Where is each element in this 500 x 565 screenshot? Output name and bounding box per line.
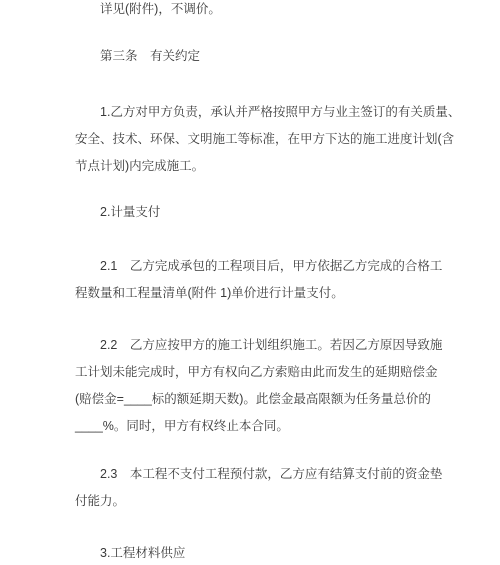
clause-1-line: 1.乙方对甲方负责，承认并严格按照甲方与业主签订的有关质量、 [100,104,460,121]
article-3-heading: 第三条 有关约定 [100,48,200,65]
clause-2-2-line: (赔偿金=____标的额延期天数)。此偿金最高限额为任务量总价的 [75,391,431,408]
pricing-note-line: 详见(附件)，不调价。 [100,1,221,18]
clause-2-2-line: ____%。同时，甲方有权终止本合同。 [75,418,289,435]
clause-1-line: 安全、技术、环保、文明施工等标准，在甲方下达的施工进度计划(含 [75,131,454,148]
document-text-block: 详见(附件)，不调价。 第三条 有关约定 1.乙方对甲方负责，承认并严格按照甲方… [75,0,445,565]
clause-2-3-line: 2.3 本工程不支付工程预付款，乙方应有结算支付前的资金垫 [100,466,442,483]
clause-2-1-line: 2.1 乙方完成承包的工程项目后，甲方依据乙方完成的合格工 [100,258,442,275]
clause-2-2-line: 工计划未能完成时，甲方有权向乙方索赔由此而发生的延期赔偿金 [75,364,438,381]
clause-1-line: 节点计划)内完成施工。 [75,158,204,175]
clause-2-1-line: 程数量和工程量清单(附件 1)单价进行计量支付。 [75,285,344,302]
clause-2-3-line: 付能力。 [75,493,125,510]
clause-2-heading: 2.计量支付 [100,204,160,221]
clause-3-heading: 3.工程材料供应 [100,545,185,562]
contract-document-page: 详见(附件)，不调价。 第三条 有关约定 1.乙方对甲方负责，承认并严格按照甲方… [0,0,500,565]
clause-2-2-line: 2.2 乙方应按甲方的施工计划组织施工。若因乙方原因导致施 [100,337,442,354]
